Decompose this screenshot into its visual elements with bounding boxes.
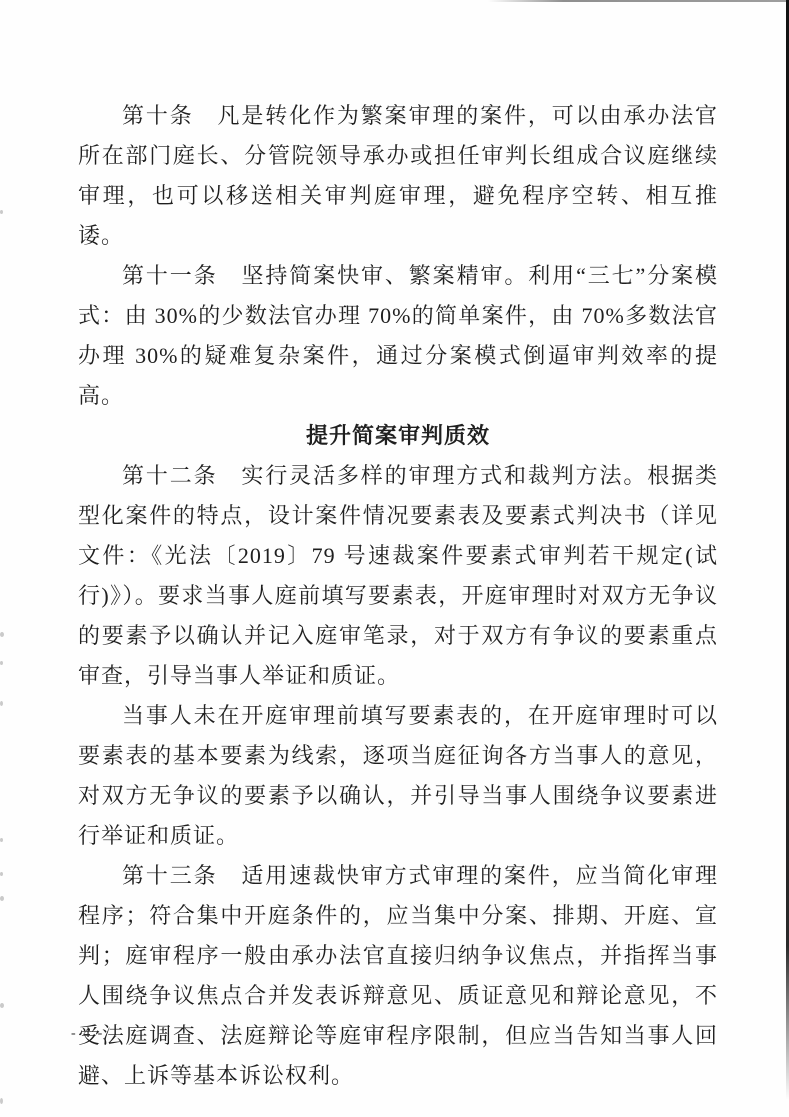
scan-artifact-top-edge bbox=[488, 0, 789, 2]
scan-speck bbox=[0, 210, 3, 214]
page-number: - 4 - bbox=[71, 1026, 104, 1042]
scan-speck bbox=[0, 661, 3, 665]
section-heading: 提升简案审判质效 bbox=[78, 416, 718, 456]
body-paragraph: 第十一条 坚持简案快审、繁案精审。利用“三七”分案模式：由 30%的少数法官办理… bbox=[78, 256, 718, 416]
scan-speck bbox=[0, 1003, 4, 1008]
scan-speck bbox=[0, 701, 3, 706]
document-body: 第十条 凡是转化作为繁案审理的案件，可以由承办法官所在部门庭长、分管院领导承办或… bbox=[78, 96, 718, 1096]
scan-speck bbox=[0, 872, 3, 876]
scan-speck bbox=[0, 1098, 3, 1104]
scan-speck bbox=[0, 838, 3, 842]
body-paragraph: 第十三条 适用速裁快审方式审理的案件，应当简化审理程序；符合集中开庭条件的，应当… bbox=[78, 856, 718, 1096]
scan-speck bbox=[0, 896, 4, 901]
body-paragraph: 第十条 凡是转化作为繁案审理的案件，可以由承办法官所在部门庭长、分管院领导承办或… bbox=[78, 96, 718, 256]
body-paragraph: 第十二条 实行灵活多样的审理方式和裁判方法。根据类型化案件的特点，设计案件情况要… bbox=[78, 456, 718, 696]
body-paragraph: 当事人未在开庭审理前填写要素表的，在开庭审理时可以要素表的基本要素为线索，逐项当… bbox=[78, 696, 718, 856]
scan-speck bbox=[0, 632, 4, 637]
document-page: 第十条 凡是转化作为繁案审理的案件，可以由承办法官所在部门庭长、分管院领导承办或… bbox=[0, 0, 789, 1117]
